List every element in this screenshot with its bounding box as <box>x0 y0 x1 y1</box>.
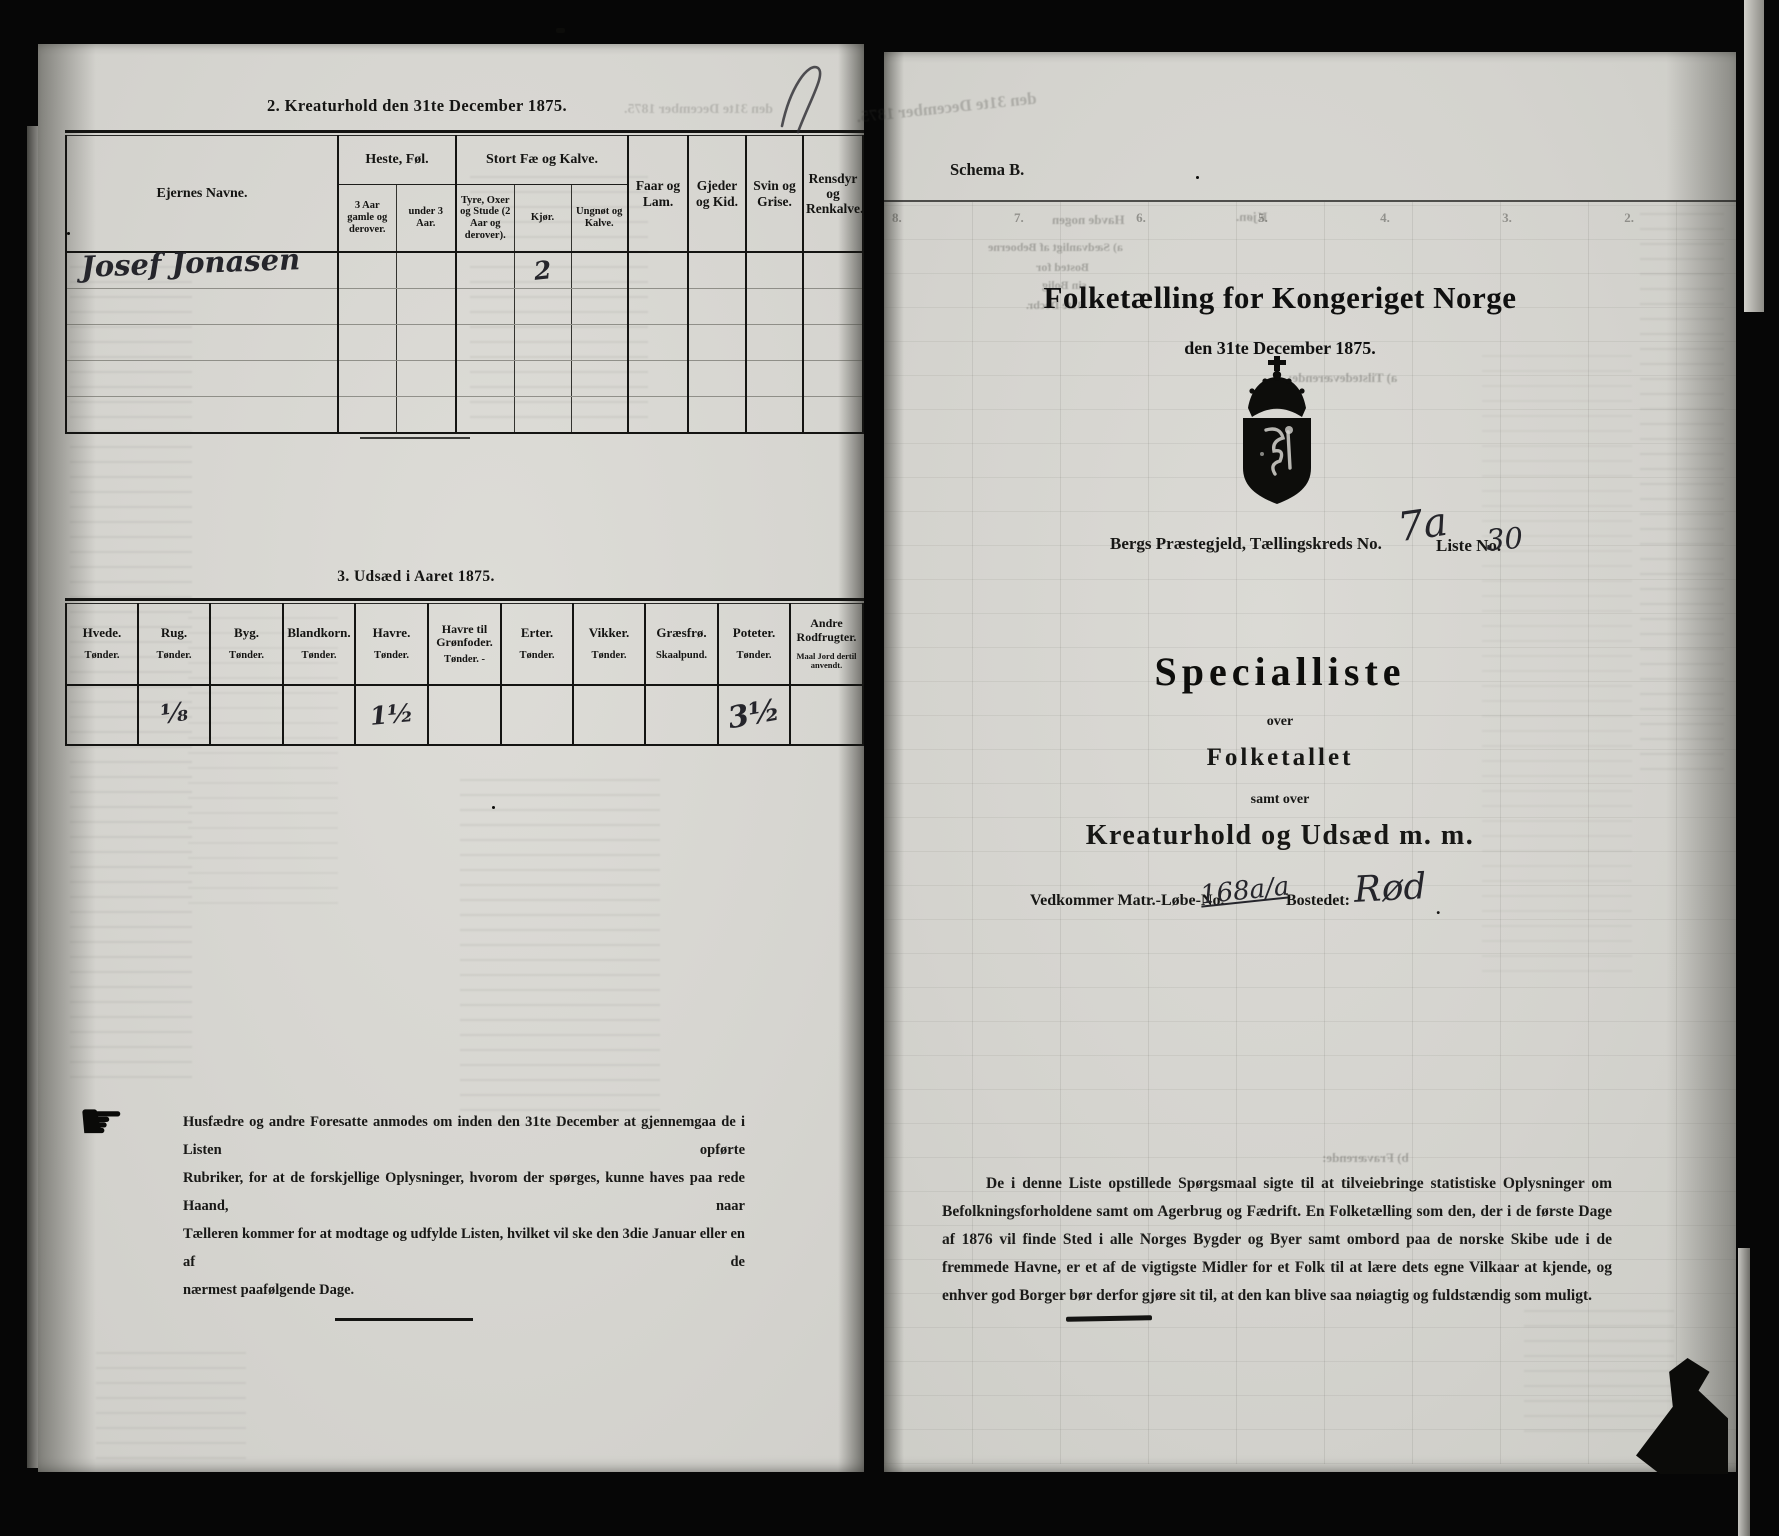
notice-line: Tælleren kommer for at modtage og udfyld… <box>183 1220 745 1276</box>
norwegian-coat-of-arms <box>1222 356 1332 508</box>
district-prefix: Bergs Præstegjeld, Tællingskreds No. <box>1110 534 1382 554</box>
right-page: Schema B. 8. 7. 6. 5. 4. 3. 2. Havde nog… <box>884 52 1736 1472</box>
speck <box>556 28 565 33</box>
kjor-value-cell: 2 <box>514 252 571 289</box>
kreaturhold-row-empty <box>66 361 863 397</box>
handwritten-owner-name: Josef Jonasen <box>81 243 301 283</box>
bosted-period: . <box>1436 898 1441 919</box>
notice-line: nærmest paafølgende Dage. <box>183 1276 745 1304</box>
value-poteter: 3½ <box>718 685 790 745</box>
crop-unit: Tønder. <box>358 650 425 662</box>
value-byg <box>210 685 283 745</box>
value-erter <box>501 685 573 745</box>
crop-unit: Tønder. <box>69 650 135 662</box>
col-header-erter: Erter. Tønder. <box>501 604 573 686</box>
crop-unit: Tønder. <box>576 650 642 662</box>
col-header-vikker: Vikker. Tønder. <box>573 604 645 686</box>
value-andre-rodfrugter <box>790 685 863 745</box>
stray-rule <box>360 437 470 439</box>
crop-name: Hvede. <box>69 626 135 641</box>
kreaturhold-row-empty <box>66 397 863 434</box>
col-header-kjor: Kjør. <box>514 185 571 253</box>
coat-of-arms-graphic <box>1222 356 1332 508</box>
col-header-andre-rodfrugter: Andre Rodfrugter. Maal Jord dertil anven… <box>790 604 863 686</box>
crop-unit: Skaalpund. <box>648 650 715 662</box>
value-hvede <box>66 685 138 745</box>
ghost-number: 2. <box>1624 210 1634 226</box>
crop-unit: Tønder. <box>141 650 207 662</box>
col-header-havre: Havre. Tønder. <box>355 604 428 686</box>
notice-line: Husfædre og andre Foresatte anmodes om i… <box>183 1108 745 1164</box>
speck <box>492 806 495 809</box>
crop-name: Vikker. <box>576 626 642 641</box>
top-rule <box>884 200 1736 202</box>
crop-unit: Tønder. <box>721 650 787 662</box>
kreaturhold-table: Ejernes Navne. Heste, Føl. Stort Fæ og K… <box>65 130 864 434</box>
explanatory-paragraph: De i denne Liste opstillede Spørgsmaal s… <box>942 1170 1612 1310</box>
col-header-poteter: Poteter. Tønder. <box>718 604 790 686</box>
ghost-number: 6. <box>1136 210 1146 226</box>
crop-name: Byg. <box>213 626 280 641</box>
page-stack-edge-bottomright <box>1738 1248 1750 1536</box>
col-header-gjeder-kid: Gjeder og Kid. <box>688 136 746 253</box>
page-stack-edge-topright <box>1744 0 1764 312</box>
heading-kreaturhold-udsaed: Kreaturhold og Udsæd m. m. <box>980 820 1580 852</box>
crop-name: Andre Rodfrugter. <box>793 617 860 644</box>
col-header-rug: Rug. Tønder. <box>138 604 210 686</box>
owner-name-cell: Josef Jonasen <box>66 252 338 289</box>
crop-name: Havre. <box>358 626 425 641</box>
crop-unit: Tønder. <box>286 650 352 662</box>
left-page: den 31te December 1875. 2. Kreaturhold d… <box>38 44 864 1472</box>
bleed-through-text <box>1524 1302 1674 1432</box>
col-header-heste-3aar: 3 Aar gamle og derover. <box>338 185 396 253</box>
handwritten-value: ⅛ <box>159 699 190 732</box>
handwritten-kjor-count: 2 <box>532 256 552 286</box>
heading-specialliste: Specialliste <box>980 648 1580 695</box>
ghost-number: 8. <box>892 210 902 226</box>
handwritten-liste-no: 30 <box>1485 521 1524 557</box>
handwritten-bosted: Rød <box>1353 866 1428 911</box>
col-group-heste: Heste, Føl. <box>338 136 456 185</box>
ghost-number: 4. <box>1380 210 1390 226</box>
heading-samt-over: samt over <box>980 792 1580 808</box>
value-vikker <box>573 685 645 745</box>
kreaturhold-row-empty <box>66 289 863 325</box>
crop-unit: Tønder. - <box>431 654 498 666</box>
col-header-blandkorn: Blandkorn. Tønder. <box>283 604 355 686</box>
col-header-rensdyr: Rensdyr og Renkalve. <box>803 136 863 253</box>
crop-name: Blandkorn. <box>286 626 352 641</box>
main-title: Folketælling for Kongeriget Norge <box>980 280 1580 316</box>
bleed-through-text <box>96 1344 246 1459</box>
speck <box>67 232 70 235</box>
value-rug: ⅛ <box>138 685 210 745</box>
udsaed-value-row: ⅛ 1½ 3½ <box>66 685 863 745</box>
matr-label: Vedkommer Matr.-Løbe-No. <box>1030 892 1225 910</box>
bleed-through-text <box>1640 210 1724 770</box>
census-scan: den 31te December 1875. 2. Kreaturhold d… <box>0 0 1779 1536</box>
bleed-through-fragment: Havde nogen <box>1052 212 1125 228</box>
col-header-ungnot: Ungnøt og Kalve. <box>571 185 628 253</box>
crop-name: Havre til Grønfoder. <box>431 623 498 650</box>
bleed-through-fragment: Bosted for <box>1036 260 1089 275</box>
pen-scribble <box>768 52 838 144</box>
speck <box>1196 176 1199 179</box>
crop-name: Poteter. <box>721 626 787 641</box>
heading-over: over <box>980 714 1580 730</box>
col-header-svin-grise: Svin og Grise. <box>746 136 803 253</box>
kreaturhold-row-empty <box>66 325 863 361</box>
udsaed-title: 3. Udsæd i Aaret 1875. <box>296 568 536 586</box>
bleed-through-fragment: a) Sædvanligt af Beboerne <box>988 240 1123 255</box>
ghost-number: 3. <box>1502 210 1512 226</box>
crop-name: Græsfrø. <box>648 626 715 641</box>
bosted-label: Bostedet: <box>1286 892 1350 910</box>
ghost-number: 7. <box>1014 210 1024 226</box>
col-header-graesfro: Græsfrø. Skaalpund. <box>645 604 718 686</box>
col-header-faar-lam: Faar og Lam. <box>628 136 688 253</box>
col-header-byg: Byg. Tønder. <box>210 604 283 686</box>
manicule-icon: ☛ <box>78 1096 125 1148</box>
crop-name: Erter. <box>504 626 570 641</box>
crop-unit: Maal Jord dertil anvendt. <box>793 652 860 671</box>
handwritten-value: 1½ <box>369 699 415 731</box>
bleed-through-text <box>460 766 660 1126</box>
crop-unit: Tønder. <box>213 650 280 662</box>
col-header-havre-gronfoder: Havre til Grønfoder. Tønder. - <box>428 604 501 686</box>
col-group-stort-fae: Stort Fæ og Kalve. <box>456 136 628 185</box>
notice-text: Husfædre og andre Foresatte anmodes om i… <box>183 1108 745 1304</box>
value-havre-gronfoder <box>428 685 501 745</box>
bleed-through-fragment: Kjøn. <box>1236 209 1267 225</box>
udsaed-table: Hvede. Tønder. Rug. Tønder. Byg. Tønder. <box>65 598 864 746</box>
crop-unit: Tønder. <box>504 650 570 662</box>
bleed-through-fragment: b) Fraværende: <box>1322 1150 1409 1166</box>
page-stack-edge-left <box>27 126 38 1468</box>
kreaturhold-row-1: Josef Jonasen 2 <box>66 252 863 289</box>
col-header-heste-under3: under 3 Aar. <box>396 185 456 253</box>
crop-name: Rug. <box>141 626 207 641</box>
col-header-tyre-oxer: Tyre, Oxer og Stude (2 Aar og derover). <box>456 185 514 253</box>
col-header-hvede: Hvede. Tønder. <box>66 604 138 686</box>
handwritten-value: 3½ <box>725 694 782 736</box>
col-header-owner: Ejernes Navne. <box>66 136 338 253</box>
notice-line: Rubriker, for at de forskjellige Oplysni… <box>183 1164 745 1220</box>
bottom-rule <box>335 1318 473 1321</box>
kreaturhold-title: 2. Kreaturhold den 31te December 1875. <box>177 96 657 116</box>
schema-label: Schema B. <box>950 160 1024 180</box>
value-havre: 1½ <box>355 685 428 745</box>
pen-scribble-graphic <box>768 52 838 144</box>
heading-folketallet: Folketallet <box>980 744 1580 772</box>
value-blandkorn <box>283 685 355 745</box>
value-graesfro <box>645 685 718 745</box>
